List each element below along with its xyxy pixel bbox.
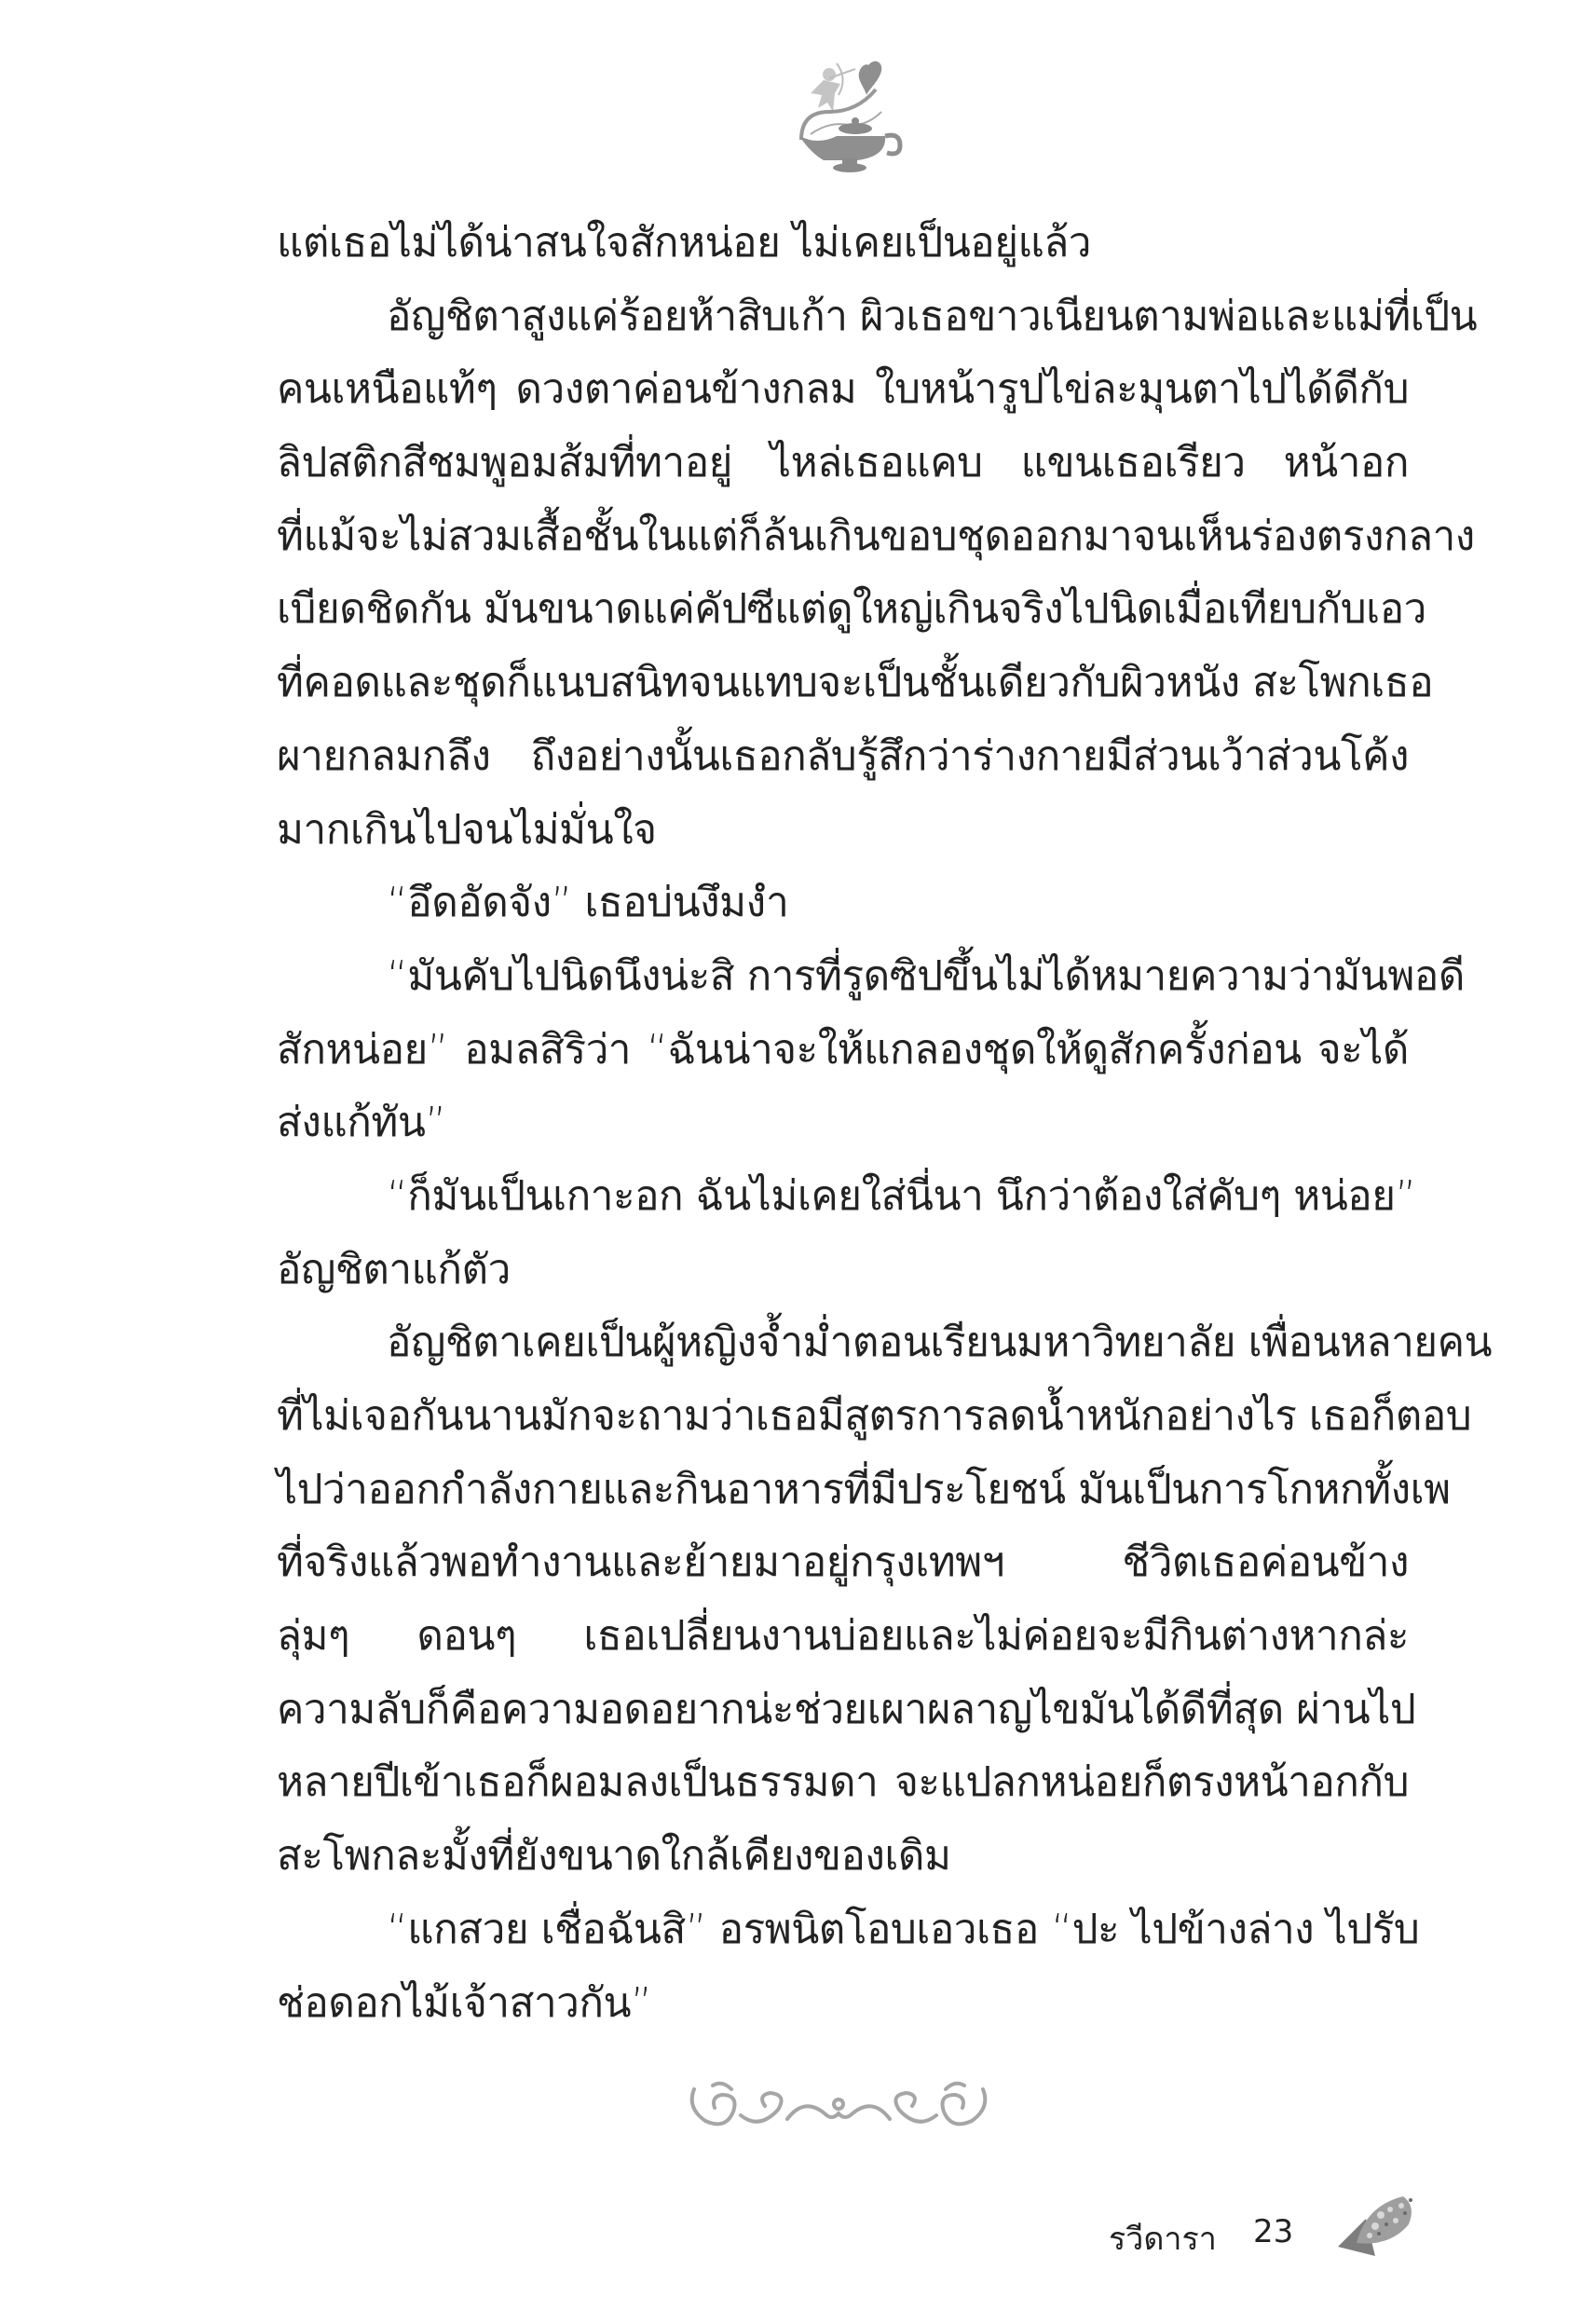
- text-line: มากเกินไปจนไม่มั่นใจ: [277, 794, 1409, 868]
- text-line: สะโพกละมั้งที่ยังขนาดใกล้เคียงของเดิม: [277, 1820, 1409, 1894]
- text-line: คนเหนือแท้ๆ ดวงตาค่อนข้างกลม ใบหน้ารูปไข…: [277, 353, 1409, 427]
- text-line: สักหน่อย” อมลสิริว่า “ฉันน่าจะให้แกลองชุ…: [277, 1014, 1409, 1087]
- text-line: หลายปีเข้าเธอก็ผอมลงเป็นธรรมดา จะแปลกหน่…: [277, 1746, 1409, 1820]
- page-number: 23: [1253, 2213, 1293, 2250]
- lamp-cupid-heart-icon: [783, 56, 913, 177]
- text-line: ส่งแก้ทัน”: [277, 1087, 1409, 1160]
- text-line: เบียดชิดกัน มันขนาดแค่คัปซีแต่ดูใหญ่เกิน…: [277, 573, 1409, 647]
- text-line: แต่เธอไม่ได้น่าสนใจสักหน่อย ไม่เคยเป็นอย…: [277, 207, 1409, 280]
- text-line: “แกสวย เชื่อฉันสิ” อรพนิตโอบเอวเธอ “ปะ ไ…: [277, 1894, 1409, 1967]
- text-line: ความลับก็คือความอดอยากน่ะช่วยเผาผลาญไขมั…: [277, 1674, 1409, 1747]
- text-line: ผายกลมกลึง ถึงอย่างนั้นเธอกลับรู้สึกว่าร…: [277, 720, 1409, 794]
- text-line: ช่อดอกไม้เจ้าสาวกัน”: [277, 1967, 1409, 2041]
- text-line: อัญชิตาสูงแค่ร้อยห้าสิบเก้า ผิวเธอขาวเนี…: [277, 280, 1409, 354]
- text-line: ที่แม้จะไม่สวมเสื้อชั้นในแต่ก็ล้นเกินขอบ…: [277, 500, 1409, 574]
- text-line: ที่คอดและชุดก็แนบสนิทจนแทบจะเป็นชั้นเดีย…: [277, 647, 1409, 720]
- story-body: แต่เธอไม่ได้น่าสนใจสักหน่อย ไม่เคยเป็นอย…: [277, 207, 1409, 2040]
- text-line: “อึดอัดจัง” เธอบ่นงึมงำ: [277, 867, 1409, 940]
- text-line: อัญชิตาแก้ตัว: [277, 1234, 1409, 1307]
- flower-bouquet-icon: [1334, 2193, 1418, 2263]
- text-line: อัญชิตาเคยเป็นผู้หญิงจ้ำม่ำตอนเรียนมหาวิ…: [277, 1306, 1409, 1380]
- text-line: ลุ่มๆ ดอนๆ เธอเปลี่ยนงานบ่อยและไม่ค่อยจะ…: [277, 1600, 1409, 1674]
- text-line: ลิปสติกสีชมพูอมส้มที่ทาอยู่ ไหล่เธอแคบ แ…: [277, 427, 1409, 500]
- text-line: “มันคับไปนิดนึงน่ะสิ การที่รูดซิปขึ้นไม่…: [277, 940, 1409, 1014]
- text-line: ไปว่าออกกำลังกายและกินอาหารที่มีประโยชน์…: [277, 1454, 1409, 1527]
- page-footer: รวีดารา 23: [0, 2213, 1596, 2269]
- swirl-divider-icon: [685, 2078, 992, 2134]
- text-line: ที่ไม่เจอกันนานมักจะถามว่าเธอมีสูตรการลด…: [277, 1380, 1409, 1454]
- text-line: “ก็มันเป็นเกาะอก ฉันไม่เคยใส่นี่นา นึกว่…: [277, 1160, 1409, 1234]
- book-title: รวีดารา: [1109, 2213, 1217, 2263]
- text-line: ที่จริงแล้วพอทำงานและย้ายมาอยู่กรุงเทพฯ …: [277, 1526, 1409, 1600]
